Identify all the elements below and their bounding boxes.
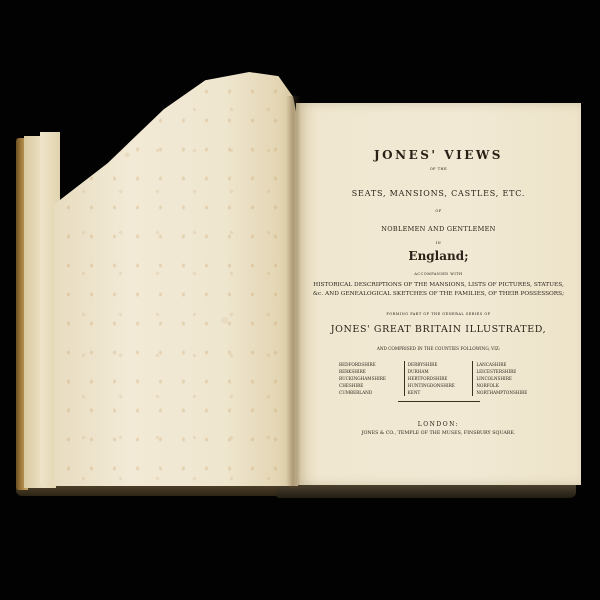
accompanied-text: ACCOMPANIED WITH	[296, 272, 581, 276]
county: CUMBERLAND	[339, 389, 404, 396]
in-text: IN	[296, 241, 581, 245]
counties-column-1: BEDFORDSHIRE BERKSHIRE BUCKINGHAMSHIRE C…	[336, 361, 404, 396]
england-heading: England;	[296, 249, 581, 263]
book-photo: JONES' VIEWS OF THE SEATS, MANSIONS, CAS…	[0, 0, 600, 600]
gutter-shadow	[286, 96, 300, 488]
county: BEDFORDSHIRE	[339, 361, 404, 368]
county: DURHAM	[408, 368, 473, 375]
book-title: JONES' VIEWS	[296, 148, 581, 162]
comprised-text: AND COMPRISED IN THE COUNTIES FOLLOWING,…	[296, 346, 581, 351]
counties-list: BEDFORDSHIRE BERKSHIRE BUCKINGHAMSHIRE C…	[336, 361, 541, 396]
county: LANCASHIRE	[476, 361, 541, 368]
book-binding-right	[276, 484, 576, 498]
seats-line: SEATS, MANSIONS, CASTLES, ETC.	[296, 189, 581, 198]
county: HERTFORDSHIRE	[408, 375, 473, 382]
county: DERBYSHIRE	[408, 361, 473, 368]
county: LEICESTERSHIRE	[476, 368, 541, 375]
county: BERKSHIRE	[339, 368, 404, 375]
of-text: OF	[296, 209, 581, 213]
divider-rule	[398, 401, 480, 402]
imprint-publisher: JONES & CO., TEMPLE OF THE MUSES, FINSBU…	[296, 431, 581, 436]
of-the-text: OF THE	[296, 167, 581, 171]
county: NORTHAMPTONSHIRE	[476, 389, 541, 396]
county: HUNTINGDONSHIRE	[408, 382, 473, 389]
counties-column-2: DERBYSHIRE DURHAM HERTFORDSHIRE HUNTINGD…	[404, 361, 473, 396]
left-page-blank	[54, 72, 298, 486]
county: LINCOLNSHIRE	[476, 375, 541, 382]
county: CHESHIRE	[339, 382, 404, 389]
noblemen-line: NOBLEMEN AND GENTLEMEN	[296, 225, 581, 233]
county: KENT	[408, 389, 473, 396]
historical-description: HISTORICAL DESCRIPTIONS OF THE MANSIONS,…	[296, 281, 581, 299]
foxing-spots	[54, 72, 298, 486]
title-page: JONES' VIEWS OF THE SEATS, MANSIONS, CAS…	[296, 103, 581, 485]
counties-column-3: LANCASHIRE LEICESTERSHIRE LINCOLNSHIRE N…	[472, 361, 541, 396]
series-title: JONES' GREAT BRITAIN ILLUSTRATED,	[296, 324, 581, 335]
county: NORFOLK	[476, 382, 541, 389]
forming-part-text: FORMING PART OF THE GENERAL SERIES OF	[296, 312, 581, 316]
imprint-city: LONDON:	[296, 421, 581, 428]
county: BUCKINGHAMSHIRE	[339, 375, 404, 382]
